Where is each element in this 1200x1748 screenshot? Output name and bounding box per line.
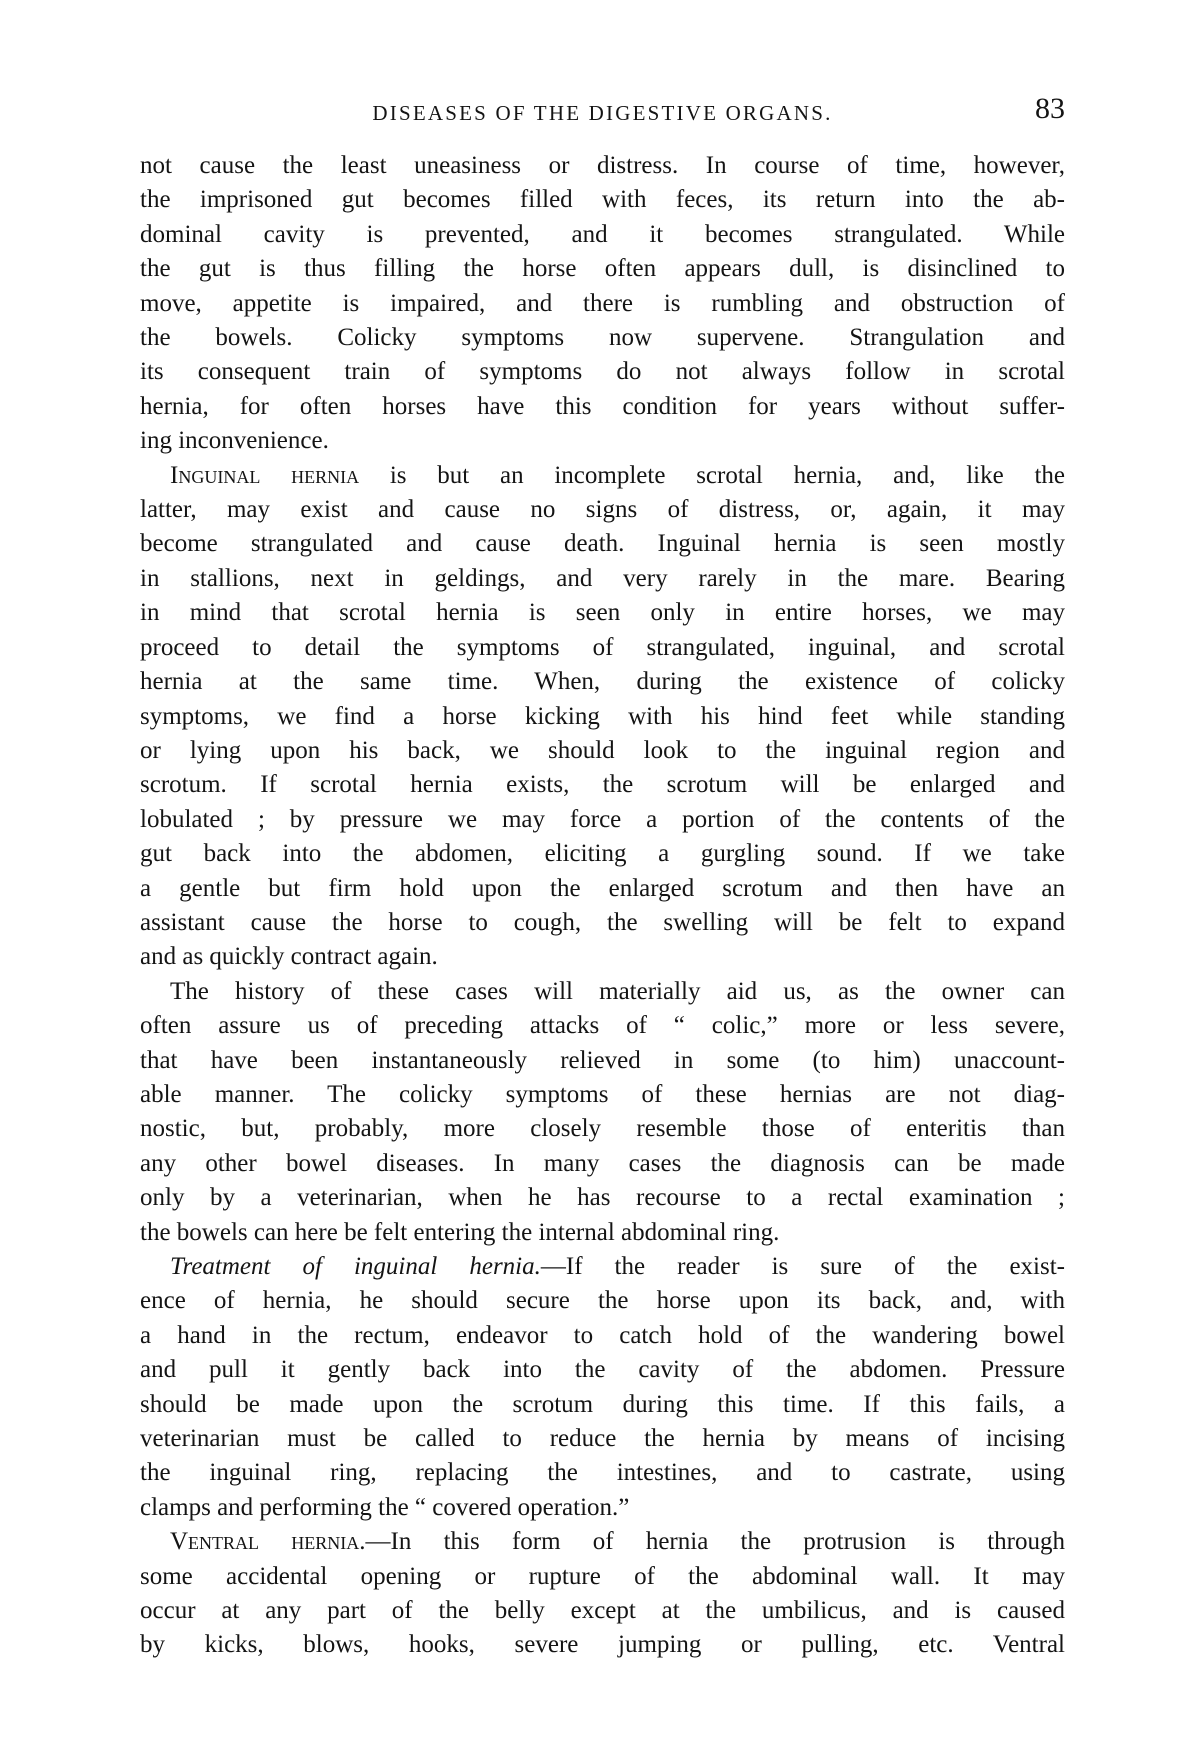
- text-line: a hand in the rectum, endeavor to catch …: [140, 1319, 1065, 1353]
- text-line: the bowels. Colicky symptoms now superve…: [140, 321, 1065, 355]
- text-line: should be made upon the scrotum during t…: [140, 1388, 1065, 1422]
- text-line: or lying upon his back, we should look t…: [140, 734, 1065, 768]
- text-line: and pull it gently back into the cavity …: [140, 1353, 1065, 1387]
- text-line: occur at any part of the belly except at…: [140, 1594, 1065, 1628]
- text-line: any other bowel diseases. In many cases …: [140, 1147, 1065, 1181]
- text-line: often assure us of preceding attacks of …: [140, 1009, 1065, 1043]
- smallcaps-lead: Inguinal hernia: [170, 462, 359, 489]
- text-line: The history of these cases will material…: [140, 975, 1065, 1009]
- text-line: Ventral hernia.—In this form of hernia t…: [140, 1525, 1065, 1559]
- text-line: proceed to detail the symptoms of strang…: [140, 631, 1065, 665]
- text-line: clamps and performing the “ covered oper…: [140, 1491, 1065, 1525]
- text-line: hernia, for often horses have this condi…: [140, 390, 1065, 424]
- italic-lead: Treatment of inguinal hernia.: [170, 1253, 541, 1280]
- text-line: ing inconvenience.: [140, 424, 1065, 458]
- text-line: veterinarian must be called to reduce th…: [140, 1422, 1065, 1456]
- page-header: DISEASES OF THE DIGESTIVE ORGANS. 83: [140, 98, 1065, 128]
- text-line: that have been instantaneously relieved …: [140, 1044, 1065, 1078]
- text-line: able manner. The colicky symptoms of the…: [140, 1078, 1065, 1112]
- text-line: Treatment of inguinal hernia.—If the rea…: [140, 1250, 1065, 1284]
- text-line: the inguinal ring, replacing the intesti…: [140, 1456, 1065, 1490]
- smallcaps-lead: Ventral hernia.: [170, 1528, 366, 1555]
- text-line: in stallions, next in geldings, and very…: [140, 562, 1065, 596]
- text-line: hernia at the same time. When, during th…: [140, 665, 1065, 699]
- text-line: the bowels can here be felt entering the…: [140, 1216, 1065, 1250]
- text-line: Inguinal hernia is but an incomplete scr…: [140, 459, 1065, 493]
- text-line: only by a veterinarian, when he has reco…: [140, 1181, 1065, 1215]
- text-line: in mind that scrotal hernia is seen only…: [140, 596, 1065, 630]
- text-line: become strangulated and cause death. Ing…: [140, 527, 1065, 561]
- text-line: scrotum. If scrotal hernia exists, the s…: [140, 768, 1065, 802]
- text-line: some accidental opening or rupture of th…: [140, 1560, 1065, 1594]
- text-line: the gut is thus filling the horse often …: [140, 252, 1065, 286]
- text-line: not cause the least uneasiness or distre…: [140, 149, 1065, 183]
- text-line: assistant cause the horse to cough, the …: [140, 906, 1065, 940]
- text-line: dominal cavity is prevented, and it beco…: [140, 218, 1065, 252]
- running-header-title: DISEASES OF THE DIGESTIVE ORGANS.: [140, 98, 1065, 128]
- text-line: a gentle but firm hold upon the enlarged…: [140, 872, 1065, 906]
- text-line: by kicks, blows, hooks, severe jumping o…: [140, 1628, 1065, 1662]
- text-line: symptoms, we find a horse kicking with h…: [140, 700, 1065, 734]
- text-line: move, appetite is impaired, and there is…: [140, 287, 1065, 321]
- text-line: gut back into the abdomen, eliciting a g…: [140, 837, 1065, 871]
- text-line: ence of hernia, he should secure the hor…: [140, 1284, 1065, 1318]
- text-column: DISEASES OF THE DIGESTIVE ORGANS. 83 not…: [140, 98, 1065, 1663]
- page-number: 83: [1035, 94, 1065, 124]
- text-line: its consequent train of symptoms do not …: [140, 355, 1065, 389]
- text-line: and as quickly contract again.: [140, 940, 1065, 974]
- text-line: lobulated ; by pressure we may force a p…: [140, 803, 1065, 837]
- text-line: nostic, but, probably, more closely rese…: [140, 1112, 1065, 1146]
- book-page: DISEASES OF THE DIGESTIVE ORGANS. 83 not…: [0, 0, 1200, 1748]
- page-body: not cause the least uneasiness or distre…: [140, 149, 1065, 1663]
- text-line: latter, may exist and cause no signs of …: [140, 493, 1065, 527]
- text-line: the imprisoned gut becomes filled with f…: [140, 183, 1065, 217]
